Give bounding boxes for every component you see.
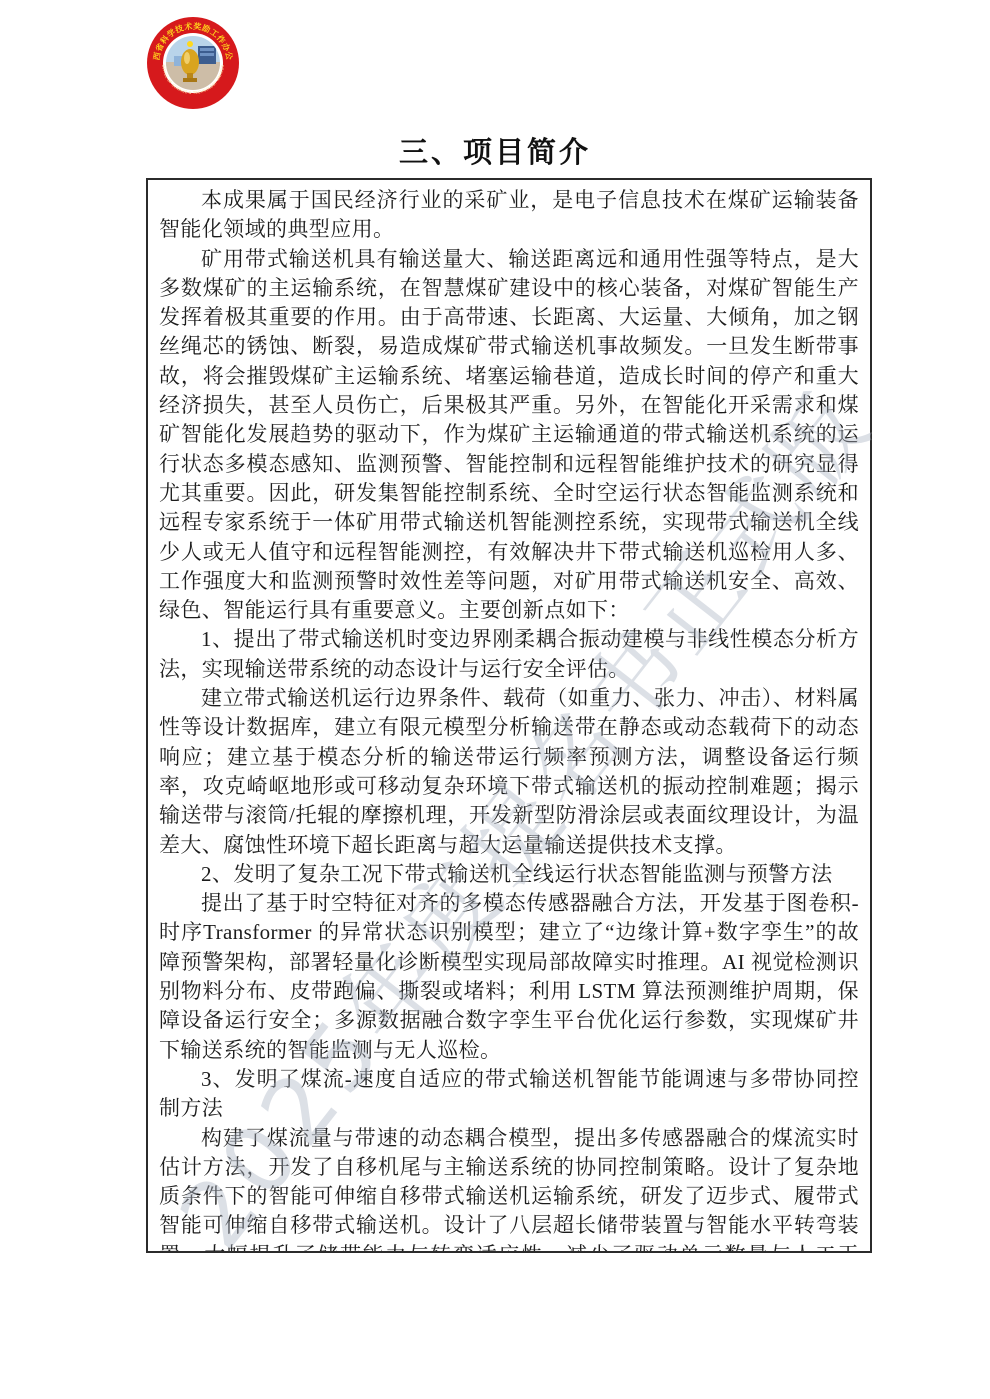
paragraph: 建立带式输送机运行边界条件、载荷（如重力、张力、冲击）、材料属性等设计数据库，建…	[159, 684, 859, 860]
paragraph: 3、发明了煤流-速度自适应的带式输送机智能节能调速与多带协同控制方法	[159, 1065, 859, 1124]
award-office-seal-icon: 陕西省科学技术奖励工作办公室 OFFICE OF SCIENCE & TECHN…	[146, 16, 240, 110]
paragraph: 1、提出了带式输送机时变边界刚柔耦合振动建模与非线性模态分析方法，实现输送带系统…	[159, 625, 859, 684]
body-paragraphs: 本成果属于国民经济行业的采矿业，是电子信息技术在煤矿运输装备智能化领域的典型应用…	[159, 186, 859, 1253]
paragraph: 提出了基于时空特征对齐的多模态传感器融合方法，开发基于图卷积-时序Transfo…	[159, 889, 859, 1065]
seal-center-photo	[166, 36, 220, 90]
paragraph: 矿用带式输送机具有输送量大、输送距离远和通用性强等特点，是大多数煤矿的主运输系统…	[159, 245, 859, 626]
project-summary-box: 本成果属于国民经济行业的采矿业，是电子信息技术在煤矿运输装备智能化领域的典型应用…	[146, 178, 872, 1253]
paragraph: 本成果属于国民经济行业的采矿业，是电子信息技术在煤矿运输装备智能化领域的典型应用…	[159, 186, 859, 245]
section-title: 三、项目简介	[0, 130, 990, 171]
paragraph: 构建了煤流量与带速的动态耦合模型，提出多传感器融合的煤流实时估计方法，开发了自移…	[159, 1124, 859, 1254]
paragraph: 2、发明了复杂工况下带式输送机全线运行状态智能监测与预警方法	[159, 860, 859, 889]
document-page: 陕西省科学技术奖励工作办公室 OFFICE OF SCIENCE & TECHN…	[0, 0, 990, 1399]
